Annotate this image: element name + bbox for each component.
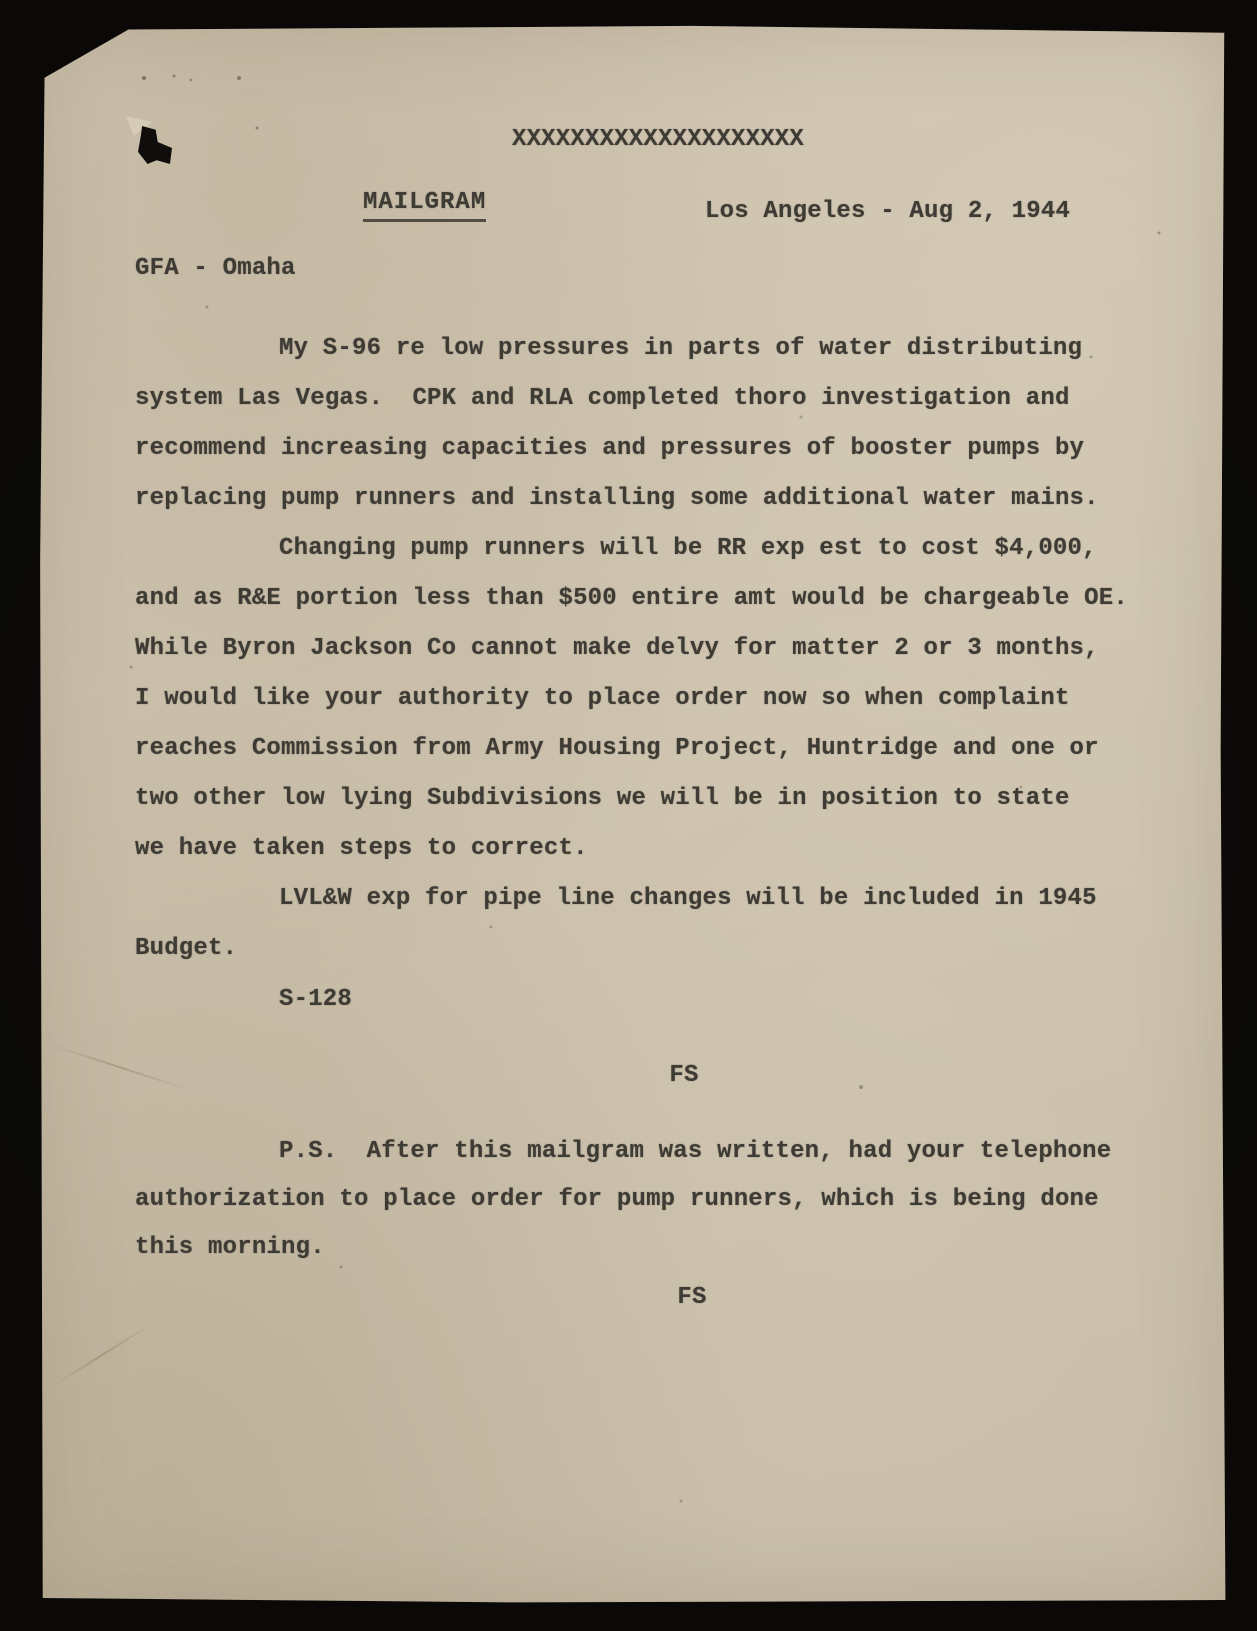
postscript-line: authorization to place order for pump ru… — [135, 1186, 1145, 1234]
body-line: we have taken steps to correct. — [135, 835, 1135, 885]
body-line: While Byron Jackson Co cannot make delvy… — [135, 635, 1135, 685]
body-line: My S-96 re low pressures in parts of wat… — [135, 335, 1135, 385]
dateline: Los Angeles - Aug 2, 1944 — [705, 198, 1070, 225]
mailgram-page: XXXXXXXXXXXXXXXXXXXX MAILGRAM Los Angele… — [38, 24, 1226, 1604]
body-line: Changing pump runners will be RR exp est… — [135, 535, 1135, 585]
postscript-line: P.S. After this mailgram was written, ha… — [135, 1138, 1145, 1186]
postscript-line: this morning. — [135, 1234, 1145, 1282]
postscript-signature-initials: FS — [98, 1284, 1257, 1311]
body-line: I would like your authority to place ord… — [135, 685, 1135, 735]
body-line: and as R&E portion less than $500 entire… — [135, 585, 1135, 635]
paper-crease — [51, 1322, 154, 1387]
addressee-line: GFA - Omaha — [135, 255, 296, 282]
signature-initials: FS — [90, 1062, 1257, 1089]
body-line: LVL&W exp for pipe line changes will be … — [135, 885, 1135, 935]
postscript-text: P.S. After this mailgram was written, ha… — [135, 1138, 1145, 1282]
body-line: replacing pump runners and installing so… — [135, 485, 1135, 535]
body-line: recommend increasing capacities and pres… — [135, 435, 1135, 485]
body-line: reaches Commission from Army Housing Pro… — [135, 735, 1135, 785]
document-title: MAILGRAM — [363, 189, 486, 222]
body-line: Budget. — [135, 935, 1135, 985]
typed-overtype-row: XXXXXXXXXXXXXXXXXXXX — [64, 126, 1252, 153]
reference-number: S-128 — [279, 986, 352, 1013]
body-text: My S-96 re low pressures in parts of wat… — [135, 335, 1135, 985]
body-line: system Las Vegas. CPK and RLA completed … — [135, 385, 1135, 435]
body-line: two other low lying Subdivisions we will… — [135, 785, 1135, 835]
